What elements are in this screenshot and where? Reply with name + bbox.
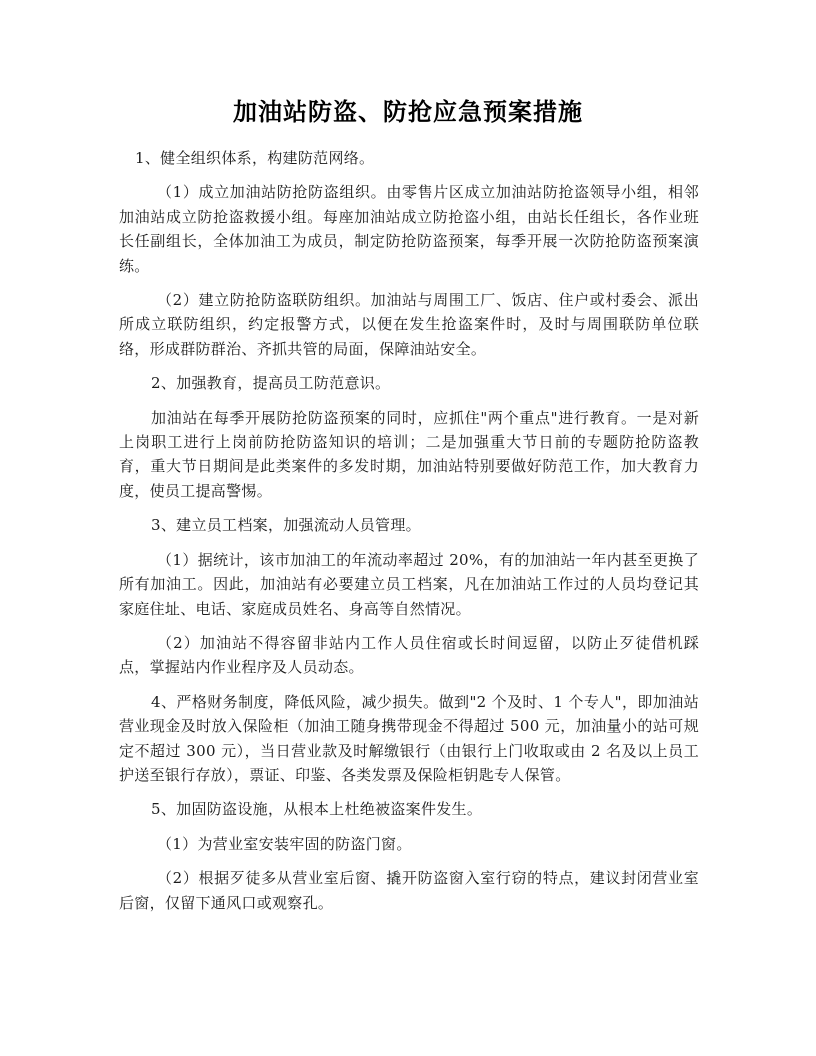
section-heading-3: 3、建立员工档案，加强流动人员管理。 bbox=[119, 513, 699, 537]
section-heading-4: 4、严格财务制度，降低风险，减少损失。做到"2 个及时、1 个专人"，即加油站营… bbox=[119, 690, 699, 788]
paragraph-1-2: （2）建立防抢防盗联防组织。加油站与周围工厂、饭店、住户或村委会、派出所成立联防… bbox=[119, 288, 699, 361]
document-page: 加油站防盗、防抢应急预案措施 1、健全组织体系，构建防范网络。 （1）成立加油站… bbox=[0, 0, 816, 1056]
paragraph-3-1: （1）据统计，该市加油工的年流动率超过 20%，有的加油站一年内甚至更换了所有加… bbox=[119, 548, 699, 621]
paragraph-3-2: （2）加油站不得容留非站内工作人员住宿或长时间逗留，以防止歹徒借机踩点，掌握站内… bbox=[119, 631, 699, 680]
section-heading-5: 5、加固防盗设施，从根本上杜绝被盗案件发生。 bbox=[119, 797, 699, 821]
paragraph-2-body: 加油站在每季开展防抢防盗预案的同时，应抓住"两个重点"进行教育。一是对新上岗职工… bbox=[119, 406, 699, 504]
paragraph-5-2: （2）根据歹徒多从营业室后窗、撬开防盗窗入室行窃的特点，建议封闭营业室后窗，仅留… bbox=[119, 866, 699, 915]
document-title: 加油站防盗、防抢应急预案措施 bbox=[0, 96, 816, 128]
section-heading-1: 1、健全组织体系，构建防范网络。 bbox=[119, 146, 699, 170]
paragraph-1-1: （1）成立加油站防抢防盗组织。由零售片区成立加油站防抢盗领导小组，相邻加油站成立… bbox=[119, 180, 699, 278]
paragraph-5-1: （1）为营业室安装牢固的防盗门窗。 bbox=[119, 832, 699, 856]
document-body: 1、健全组织体系，构建防范网络。 （1）成立加油站防抢防盗组织。由零售片区成立加… bbox=[119, 146, 699, 925]
section-heading-2: 2、加强教育，提高员工防范意识。 bbox=[119, 371, 699, 395]
